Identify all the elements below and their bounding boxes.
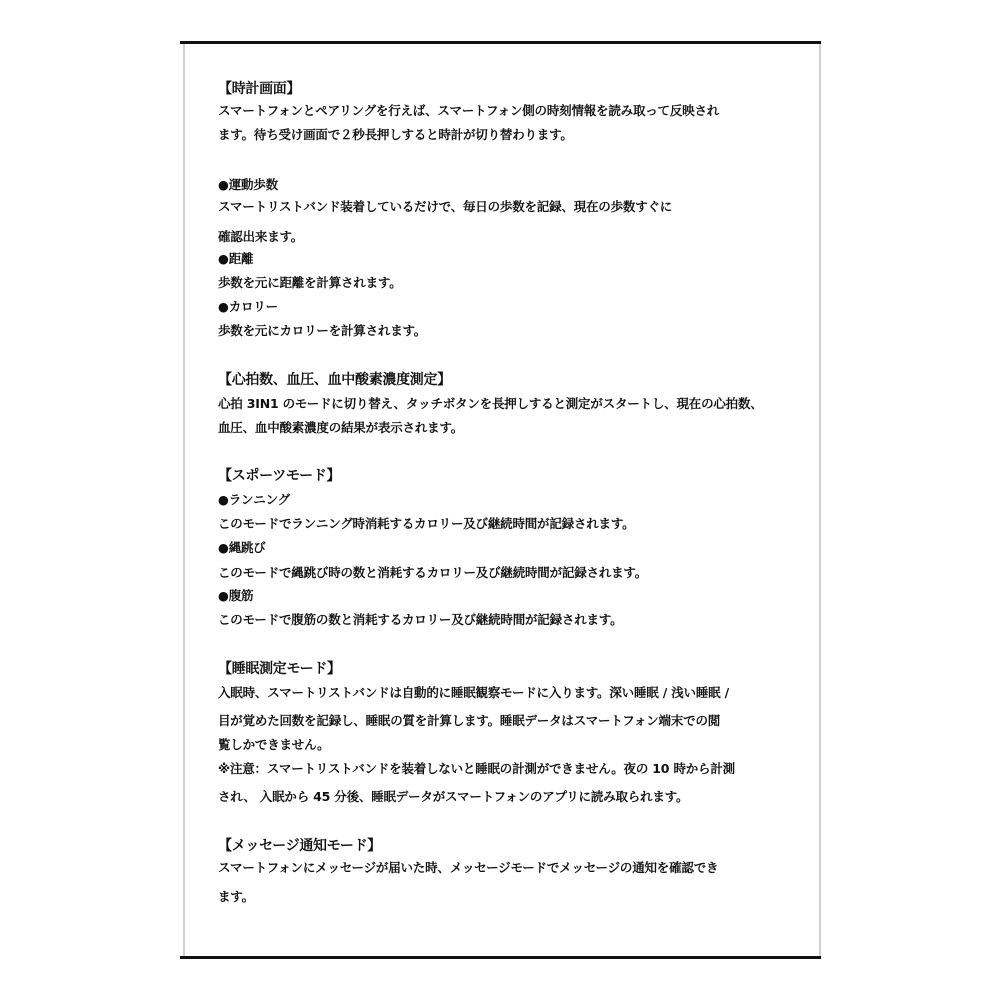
paragraph-line: 確認出来ます。 bbox=[218, 229, 303, 245]
paragraph-line: このモードで腹筋の数と消耗するカロリー及び継続時間が記録されます。 bbox=[218, 612, 622, 628]
section-heading-sports-mode: 【スポーツモード】 bbox=[218, 468, 340, 484]
item-title-jump-rope: ●縄跳び bbox=[218, 540, 266, 556]
paragraph-line: スマートリストバンド装着しているだけで、毎日の歩数を記録、現在の歩数すぐに bbox=[218, 199, 672, 215]
section-heading-message-mode: 【メッセージ通知モード】 bbox=[218, 838, 381, 854]
paragraph-line: スマートフォンとペアリングを行えば、スマートフォン側の時刻情報を読み取って反映さ… bbox=[218, 103, 719, 119]
paragraph-line: このモードで縄跳び時の数と消耗するカロリー及び継続時間が記録されます。 bbox=[218, 565, 647, 581]
paragraph-line: 入眠時、スマートリストバンドは自動的に睡眠観察モードに入ります。深い睡眠 / 浅… bbox=[218, 685, 729, 701]
paragraph-line: ます。待ち受け画面で２秒長押しすると時計が切り替わります。 bbox=[218, 127, 573, 143]
paragraph-line: スマートフォンにメッセージが届いた時、メッセージモードでメッセージの通知を確認で… bbox=[218, 860, 718, 876]
item-title-distance: ●距離 bbox=[218, 251, 253, 267]
item-title-calories: ●カロリー bbox=[218, 299, 278, 315]
paragraph-line: このモードでランニング時消耗するカロリー及び継続時間が記録されます。 bbox=[218, 516, 634, 532]
paragraph-line: 歩数を元に距離を計算されます。 bbox=[218, 275, 402, 291]
section-heading-heart-rate: 【心拍数、血圧、血中酸素濃度測定】 bbox=[218, 372, 451, 388]
paragraph-line: 目が覚めた回数を記録し、睡眠の質を計算します。睡眠データはスマートフォン端末での… bbox=[218, 713, 720, 729]
paragraph-line: 覧しかできません。 bbox=[218, 737, 329, 753]
item-title-running: ●ランニング bbox=[218, 492, 290, 508]
item-title-steps: ●運動歩数 bbox=[218, 177, 278, 193]
paragraph-line: 歩数を元にカロリーを計算されます。 bbox=[218, 323, 426, 339]
document-page: 【時計画面】 スマートフォンとペアリングを行えば、スマートフォン側の時刻情報を読… bbox=[180, 41, 821, 959]
section-heading-sleep-mode: 【睡眠測定モード】 bbox=[218, 661, 341, 677]
paragraph-line: ます。 bbox=[218, 889, 254, 905]
paragraph-line: 心拍 3IN1 のモードに切り替え、タッチボタンを長押しすると測定がスタートし、… bbox=[218, 396, 763, 412]
item-title-sit-ups: ●腹筋 bbox=[218, 588, 253, 604]
section-heading-clock: 【時計画面】 bbox=[218, 81, 300, 97]
paragraph-line: ※注意：スマートリストバンドを装着しないと睡眠の計測ができません。夜の 10 時… bbox=[218, 761, 735, 777]
paragraph-line: され、 入眠から 45 分後、睡眠データがスマートフォンのアプリに読み取られます… bbox=[218, 789, 688, 805]
paragraph-line: 血圧、血中酸素濃度の結果が表示されます。 bbox=[218, 420, 463, 436]
